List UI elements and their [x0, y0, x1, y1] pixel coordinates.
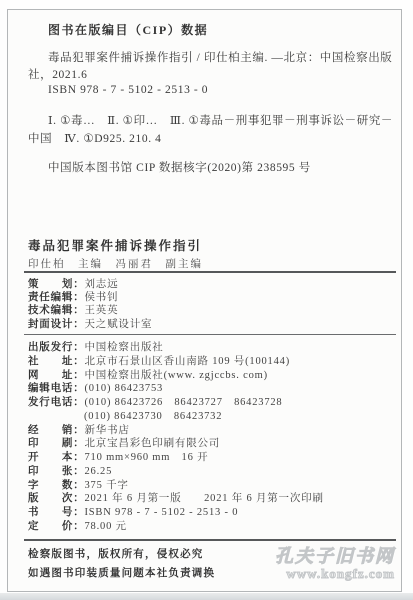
- scanned-page-photo: 图书在版编目（CIP）数据 毒品犯罪案件捕诉操作指引 / 印仕柏主编. —北京：…: [0, 0, 413, 600]
- row-label: 责任编辑：: [28, 291, 85, 304]
- row-label: 书 号：: [28, 506, 85, 520]
- row-value: 710 mm×960 mm 16 开: [85, 452, 209, 463]
- row-label: 字 数：: [28, 479, 85, 493]
- row-value: 新华书店: [85, 425, 130, 436]
- row-label: 印 张：: [28, 465, 85, 479]
- copyright-notice: 检察版图书，版权所有，侵权必究: [28, 546, 204, 561]
- row-value: 北京宝昌彩色印刷有限公司: [85, 438, 221, 449]
- row-editorial-phone: 编辑电话：(010) 86423753: [28, 382, 403, 396]
- row-label: 网 址：: [28, 369, 85, 383]
- cip-record-number-line: 中国版本图书馆 CIP 数据核字(2020)第 238595 号: [48, 159, 311, 175]
- row-isbn: 书 号：ISBN 978 - 7 - 5102 - 2513 - 0: [28, 506, 403, 520]
- row-value: 王英英: [85, 305, 119, 316]
- row-value: 北京市石景山区香山南路 109 号(100144): [85, 356, 291, 367]
- row-word-count: 字 数：375 千字: [28, 479, 403, 493]
- row-label: 编辑电话：: [28, 382, 85, 396]
- row-distribution-phone-cont: (010) 86423730 86423732: [28, 410, 403, 424]
- divider-under-title: [24, 271, 396, 273]
- row-label: 经 销：: [28, 424, 85, 438]
- row-distribution-phone: 发行电话：(010) 86423726 86423727 86423728: [28, 396, 403, 410]
- row-printed-sheets: 印 张：26.25: [28, 465, 403, 479]
- row-value: (010) 86423753: [85, 383, 164, 394]
- quality-exchange-notice: 如遇图书印装质量问题本社负责调换: [28, 565, 215, 580]
- divider-under-editorial: [24, 334, 396, 335]
- cip-classification-line: Ⅰ. ①毒… Ⅱ. ①印… Ⅲ. ①毒品－刑事犯罪－刑事诉讼－研究－: [48, 112, 393, 128]
- row-planner: 策 划：刘志远: [28, 278, 403, 291]
- row-label: 开 本：: [28, 451, 85, 465]
- row-value: 中国检察出版社(www. zgjccbs. com): [85, 370, 268, 381]
- row-format: 开 本：710 mm×960 mm 16 开: [28, 451, 403, 465]
- row-value: (010) 86423730 86423732: [84, 411, 222, 422]
- cip-title-line-cont: 社，2021.6: [28, 66, 87, 82]
- row-price: 定 价：78.00 元: [28, 520, 403, 534]
- book-editors-line: 印仕柏 主编 冯丽君 副主编: [28, 256, 203, 271]
- divider-above-notices: [24, 539, 396, 541]
- row-edition: 版 次：2021 年 6 月第一版 2021 年 6 月第一次印刷: [28, 492, 403, 506]
- row-website: 网 址：中国检察出版社(www. zgjccbs. com): [28, 369, 403, 383]
- cip-title-line: 毒品犯罪案件捕诉操作指引 / 印仕柏主编. —北京：中国检察出版: [48, 49, 392, 65]
- row-address: 社 址：北京市石景山区香山南路 109 号(100144): [28, 355, 403, 369]
- book-title: 毒品犯罪案件捕诉操作指引: [28, 236, 202, 254]
- cip-classification-line-cont: 中国 Ⅳ. ①D925. 210. 4: [28, 130, 162, 146]
- row-label: 发行电话：: [28, 396, 85, 410]
- row-responsible-editor: 责任编辑：侯书钊: [28, 291, 403, 304]
- row-label: 版 次：: [28, 492, 85, 506]
- row-value: 刘志远: [85, 279, 119, 290]
- row-value: ISBN 978 - 7 - 5102 - 2513 - 0: [85, 507, 239, 518]
- row-technical-editor: 技术编辑：王英英: [28, 304, 403, 317]
- row-label: 出版发行：: [28, 341, 85, 355]
- row-label: 定 价：: [28, 520, 85, 534]
- row-value: (010) 86423726 86423727 86423728: [85, 397, 283, 408]
- row-label: 技术编辑：: [28, 304, 85, 317]
- row-value: 2021 年 6 月第一版 2021 年 6 月第一次印刷: [85, 493, 324, 504]
- row-cover-design: 封面设计：天之赋设计室: [28, 318, 403, 331]
- editorial-staff-section: 策 划：刘志远 责任编辑：侯书钊 技术编辑：王英英 封面设计：天之赋设计室: [28, 278, 403, 331]
- row-value: 中国检察出版社: [85, 342, 164, 353]
- row-label: 印 刷：: [28, 437, 85, 451]
- cip-block-header: 图书在版编目（CIP）数据: [48, 21, 208, 38]
- row-label: 社 址：: [28, 355, 85, 369]
- row-label: 封面设计：: [28, 318, 85, 331]
- row-distributor: 经 销：新华书店: [28, 424, 403, 438]
- row-value: 78.00 元: [85, 521, 127, 532]
- row-value: 天之赋设计室: [85, 319, 153, 330]
- row-value: 375 千字: [85, 480, 129, 491]
- row-printer: 印 刷：北京宝昌彩色印刷有限公司: [28, 437, 403, 451]
- row-value: 侯书钊: [85, 292, 119, 303]
- cip-isbn-line: ISBN 978 - 7 - 5102 - 2513 - 0: [48, 84, 208, 96]
- publication-info-section: 出版发行：中国检察出版社 社 址：北京市石景山区香山南路 109 号(10014…: [28, 341, 403, 534]
- page-bottom-edge: [0, 593, 413, 600]
- row-value: 26.25: [85, 466, 113, 477]
- row-publisher: 出版发行：中国检察出版社: [28, 341, 403, 355]
- row-label: 策 划：: [28, 278, 85, 291]
